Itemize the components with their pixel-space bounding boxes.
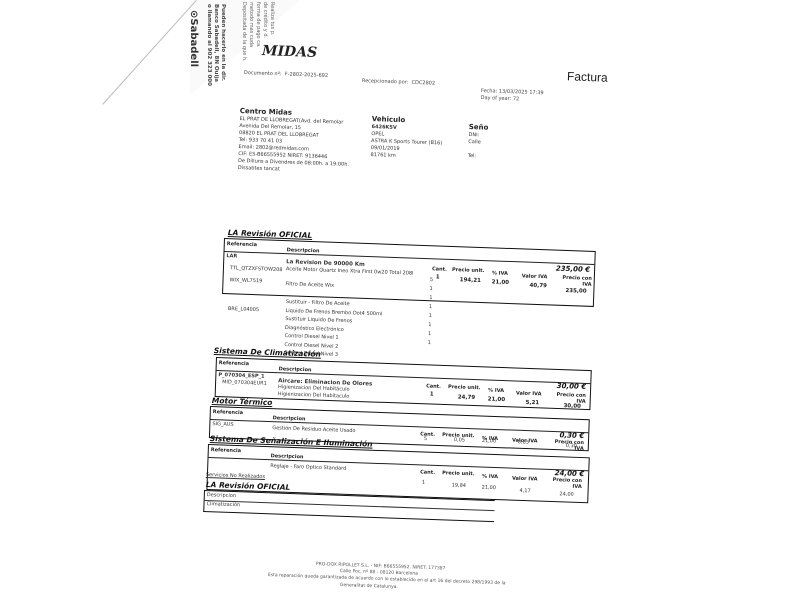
price-vat-value: 235,00 — [565, 288, 586, 295]
received-by-value: CDC2802 — [411, 80, 435, 87]
item-qty: 5 — [430, 276, 433, 285]
workshop-info: Centro Midas EL PRAT DE LLOBREGAT(Avd. d… — [238, 106, 351, 176]
vat-pct-value: 21,00 — [488, 397, 506, 404]
divider — [211, 419, 589, 433]
vat-pct-value: 21,00 — [482, 438, 497, 444]
not-performed-col: Descripcion — [207, 492, 236, 499]
qty-value: 1 — [430, 391, 434, 397]
vat-value: 4,17 — [519, 488, 530, 494]
promo-line: forma de pago ca. — [254, 2, 261, 62]
col-ref: Referencia — [219, 360, 249, 367]
col-vat-pct: % IVA — [482, 474, 498, 481]
customer-phone: Tel: — [468, 153, 488, 161]
unit-price-value: 194,21 — [460, 277, 481, 284]
divider — [225, 251, 595, 265]
col-vat-value: Valor IVA — [522, 273, 548, 280]
date-block: Fecha: 13/03/2025 17:39 Day of year: 72 — [481, 88, 544, 104]
col-qty: Cant. — [420, 431, 435, 438]
price-vat-value: 30,00 — [563, 403, 581, 410]
day-of-year-label: Day of year: — [481, 95, 512, 102]
date-label: Fecha: — [481, 88, 498, 95]
item-ref: TTL_QTZXFSTOW208 — [230, 265, 283, 273]
col-qty: Cant. — [432, 266, 447, 273]
item-desc: Gestión De Residuo Aceite Usado — [272, 425, 355, 434]
col-unit-price: Precio unit. — [452, 267, 485, 274]
document-number: Documento nº: F-2802-2025-692 — [244, 70, 328, 79]
vat-value: 5,21 — [525, 400, 539, 406]
bank-note-line: Banco Sabadell, 8N Ouija — [212, 4, 219, 86]
col-ref: Referencia — [211, 447, 241, 454]
col-qty: Cant. — [420, 469, 435, 476]
section-table: Referencia Descripcion LAR La Revision D… — [222, 238, 596, 307]
item-qty: 1 — [429, 285, 432, 294]
group-ref: SIG_AUS — [212, 421, 233, 428]
vat-value: 0,05 — [518, 439, 529, 445]
unit-price-value: 19,84 — [452, 483, 467, 489]
received-by-label: Recepcionado por: — [362, 78, 409, 86]
item-qty: 1 — [427, 339, 430, 348]
vehicle-mileage: 81761 km — [370, 152, 441, 161]
item-desc: Filtro De Aceite Wix — [285, 281, 334, 289]
item-ref: BRE_L04005 — [228, 306, 259, 313]
divider — [205, 500, 495, 511]
vat-pct-value: 21,00 — [492, 279, 510, 286]
bank-note-line: Pueden hacerlo en la dir. — [219, 4, 226, 86]
midas-logo: MIDAS — [262, 43, 318, 61]
col-unit-price: Precio unit. — [448, 384, 481, 391]
vat-value: 40,79 — [529, 283, 547, 290]
divider — [209, 457, 589, 471]
item-desc: Aceite Motor Quartz Ineo Xtra First 0w20… — [286, 266, 414, 276]
unit-price-value: 0,05 — [454, 437, 465, 443]
col-vat-pct: % IVA — [488, 388, 504, 395]
customer-street: Calle — [468, 139, 488, 147]
col-vat-pct: % IVA — [492, 270, 508, 277]
bank-note-line: o llamando al 902 323 000 — [205, 4, 212, 86]
section-total: 235,00 € — [556, 265, 591, 274]
bank-logo: ⊙Sabadell — [188, 10, 199, 67]
footer-authority: Generalitat de Catalunya. — [340, 583, 398, 590]
price-vat-value: 0,30 — [566, 443, 577, 449]
vehicle-info: Vehiculo 6426KSV OPEL ASTRA K Sports Tou… — [370, 114, 443, 161]
item-qty: 1 — [429, 303, 432, 312]
price-vat-value: 24,00 — [559, 491, 574, 497]
section-total: 30,00 € — [557, 382, 587, 391]
item-qty: 1 — [428, 312, 431, 321]
item-qty: 1 — [428, 321, 431, 330]
item-ref: MID_070304EUR1 — [222, 379, 267, 387]
item-desc: Higienizacion Del Habitaculo — [278, 391, 350, 399]
document-title: Factura — [567, 69, 608, 84]
document-number-label: Documento nº: — [244, 70, 282, 77]
item-desc: Reglaje - Faro Optico Standard — [270, 463, 346, 472]
document-number-value: F-2802-2025-692 — [285, 71, 328, 79]
col-price-vat: Precio con IVA — [552, 477, 582, 490]
bank-payment-note: Pueden hacerlo en la dir. Banco Sabadell… — [205, 4, 226, 86]
col-ref: Referencia — [227, 241, 257, 248]
item-ref: WIX_WL7519 — [229, 277, 262, 284]
qty-value: 1 — [436, 274, 440, 280]
promo-line: metodo mas cuda — [247, 2, 254, 62]
divider — [217, 370, 591, 384]
col-qty: Cant. — [426, 383, 441, 390]
day-of-year-value: 72 — [513, 96, 520, 102]
customer-title: Seño — [469, 122, 489, 133]
group-ref: LAR — [226, 253, 237, 259]
invoice-page: ⊙Sabadell Pueden hacerlo en la dir. Banc… — [0, 0, 800, 600]
bank-name: Sabadell — [188, 18, 199, 67]
col-vat-value: Valor IVA — [512, 476, 538, 483]
customer-info: Seño DNI: Calle Tel: — [468, 122, 489, 161]
col-vat-value: Valor IVA — [516, 390, 542, 397]
received-by: Recepcionado por: CDC2802 — [362, 78, 435, 87]
unit-price-value: 24,79 — [458, 394, 476, 401]
not-performed-item: Climatización — [206, 501, 240, 508]
col-unit-price: Precio unit. — [442, 470, 475, 477]
col-price-vat: Precio con IVA — [562, 275, 592, 288]
item-qty: 1 — [428, 330, 431, 339]
qty-value: 1 — [422, 479, 425, 485]
vat-pct-value: 21,00 — [482, 485, 497, 491]
col-ref: Referencia — [213, 409, 243, 416]
qty-value: 5 — [424, 436, 427, 442]
fold-crease — [102, 0, 196, 105]
item-qty: 1 — [429, 294, 432, 303]
promo-line: Depositada de la que h. — [240, 2, 247, 62]
